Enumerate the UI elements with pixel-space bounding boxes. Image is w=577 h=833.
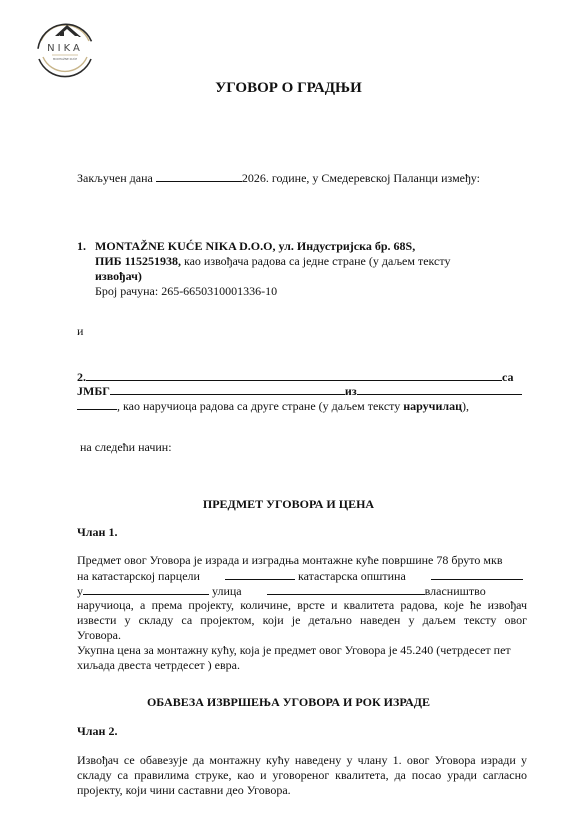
- party1-pib-line: ПИБ 115251938, као извођача радова са је…: [95, 254, 450, 269]
- street-field[interactable]: [267, 583, 425, 595]
- party2-line3: , као наручиоца радова са друге стране (…: [77, 398, 469, 414]
- party2-line2: ЈМБГиз: [77, 383, 522, 399]
- party2-name-field[interactable]: [86, 369, 502, 381]
- article1-label: Члан 1.: [77, 525, 117, 540]
- manner-text: на следећи начин:: [80, 440, 172, 455]
- party1-number: 1.: [77, 239, 86, 254]
- svg-text:MONTAŽNE KUĆE: MONTAŽNE KUĆE: [53, 56, 78, 61]
- article2-label: Члан 2.: [77, 724, 117, 739]
- party1-account: Број рачуна: 265-6650310001336-10: [95, 284, 277, 299]
- svg-text:NIKA: NIKA: [47, 43, 83, 54]
- party1-name: MONTAŽNE KUĆE NIKA D.O.O, ул. Индустријс…: [95, 239, 415, 254]
- place-field[interactable]: [83, 583, 209, 595]
- party1-role: извођач): [95, 269, 142, 284]
- document-title: УГОВОР О ГРАДЊИ: [0, 80, 577, 97]
- city-field[interactable]: [357, 383, 522, 395]
- date-blank-field[interactable]: [156, 170, 242, 182]
- municipality-field[interactable]: [431, 568, 523, 580]
- and-text: и: [77, 324, 83, 339]
- section2-heading: ОБАВЕЗА ИЗВРШЕЊА УГОВОРА И РОК ИЗРАДЕ: [0, 695, 577, 710]
- jmbg-field[interactable]: [110, 383, 345, 395]
- article2-body: Извођач се обавезује да монтажну кућу на…: [77, 753, 527, 798]
- section1-heading: ПРЕДМЕТ УГОВОРА И ЦЕНА: [0, 497, 577, 512]
- article1-body: Предмет овог Уговора је израда и изградњ…: [77, 553, 527, 673]
- parcel-field[interactable]: [225, 568, 295, 580]
- city-continued-field[interactable]: [77, 398, 117, 410]
- company-logo: NIKA MONTAŽNE KUĆE: [33, 15, 97, 79]
- intro-line: Закључен дана 2026. године, у Смедеревск…: [77, 170, 480, 186]
- house-logo-icon: NIKA MONTAŽNE KUĆE: [33, 15, 97, 79]
